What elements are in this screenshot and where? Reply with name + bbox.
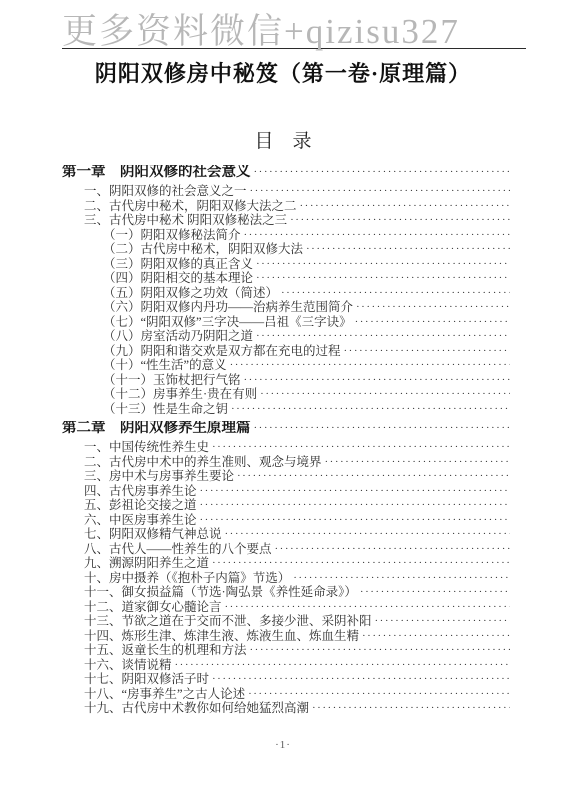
toc-item: 二、古代房中术中的养生准则、观念与境界·····················… (62, 455, 510, 470)
toc-item-text: 十七、阴阳双修活子时 (84, 672, 209, 687)
dot-leader: ········································… (200, 484, 510, 499)
watermark-text: 更多资料微信+qizisu327 (62, 12, 532, 52)
dot-leader: ········································… (250, 643, 510, 658)
toc-item: （十三）性是生命之钥······························… (62, 402, 510, 417)
dot-leader: ········································… (230, 358, 510, 373)
toc-item-text: （六）阴阳双修内丹功——治病养生范围简介 (103, 300, 353, 315)
toc-item-text: 十五、返童长生的机理和方法 (84, 643, 247, 658)
dot-leader: ········································… (300, 199, 510, 214)
page-number: ·1· (0, 739, 566, 751)
toc-item-text: 十、房中摄养（《抱朴子内篇》节选） (84, 571, 290, 586)
chapter-title: 第一章 阴阳双修的社会意义 (62, 165, 251, 180)
dot-leader: ········································… (281, 286, 510, 301)
dot-leader: ········································… (306, 242, 510, 257)
toc-item: 十七、阴阳双修活子时······························… (62, 672, 510, 687)
toc-item: 九、溯源阴阳养生之道······························… (62, 556, 510, 571)
toc-item-text: （十二）房事养生·贵在有则 (103, 387, 257, 402)
chapter-title: 第二章 阴阳双修养生原理篇 (62, 421, 251, 436)
toc-item: （七）“阴阳双修”三字决——吕祖《三字诀》···················… (62, 315, 510, 330)
dot-leader: ········································… (244, 373, 510, 388)
toc-item-text: （十三）性是生命之钥 (103, 402, 228, 417)
toc-item: （十一）玉饰杖把行气铭·····························… (62, 373, 510, 388)
toc-page: 更多资料微信+qizisu327 阴阳双修房中秘笈（第一卷·原理篇） 目 录 第… (0, 0, 566, 800)
toc-item: 十九、古代房中术教你如何给她猛烈高潮······················… (62, 701, 510, 716)
dot-leader: ········································… (225, 600, 510, 615)
toc-item: 十四、炼形生津、炼津生液、炼液生血、炼血生精··················… (62, 629, 510, 644)
toc-item: 十一、御女损益篇（节选·陶弘景《养性延命录》）·················… (62, 585, 510, 600)
dot-leader: ········································… (254, 421, 511, 436)
toc-item-text: 三、房中术与房事养生要论 (84, 469, 234, 484)
dot-leader: ········································… (275, 542, 510, 557)
dot-leader: ········································… (225, 527, 510, 542)
toc-item: 十三、节欲之道在于交而不泄、多接少泄、采阴补阳·················… (62, 614, 510, 629)
dot-leader: ········································… (248, 687, 510, 702)
dot-leader: ········································… (254, 165, 511, 180)
toc-item: 八、古代人——性养生的八个要点·························… (62, 542, 510, 557)
toc-item: 四、古代房事养生论·······························… (62, 484, 510, 499)
dot-leader: ········································… (356, 300, 510, 315)
toc-item-text: 十一、御女损益篇（节选·陶弘景《养性延命录》） (84, 585, 357, 600)
toc-item-text: 九、溯源阴阳养生之道 (84, 556, 209, 571)
dot-leader: ········································… (212, 556, 510, 571)
toc-item: （一）阴阳双修秘法简介·····························… (62, 228, 510, 243)
toc-item-text: 十四、炼形生津、炼津生液、炼液生血、炼血生精 (84, 629, 359, 644)
toc-item: 十八、“房事养生”之古人论述··························… (62, 687, 510, 702)
toc-item: （二）古代房中秘术，阴阳双修大法························… (62, 242, 510, 257)
dot-leader: ········································… (237, 469, 510, 484)
toc-item: 五、彭祖论交接之道·······························… (62, 498, 510, 513)
toc-item-text: （五）阴阳双修之功效（简述） (103, 286, 278, 301)
toc-item-text: （一）阴阳双修秘法简介 (103, 228, 241, 243)
toc-item: 十五、返童长生的机理和方法···························… (62, 643, 510, 658)
toc-item-text: 五、彭祖论交接之道 (84, 498, 197, 513)
toc-item-text: 一、中国传统性养生史 (84, 440, 209, 455)
dot-leader: ········································… (175, 658, 510, 673)
dot-leader: ········································… (290, 213, 510, 228)
toc-item: （三）阴阳双修的真正含义····························… (62, 257, 510, 272)
toc-item: （八）房室活动乃阴阳之道····························… (62, 329, 510, 344)
toc-item-text: 七、阴阳双修精气神总说 (84, 527, 222, 542)
toc-item: （四）阴阳相交的基本理论····························… (62, 271, 510, 286)
toc-item-text: （十）“性生活”的意义 (103, 358, 227, 373)
dot-leader: ········································… (256, 257, 510, 272)
toc-item: 七、阴阳双修精气神总说·····························… (62, 527, 510, 542)
toc-item: （十）“性生活”的意义·····························… (62, 358, 510, 373)
dot-leader: ········································… (212, 440, 510, 455)
toc-item-text: 八、古代人——性养生的八个要点 (84, 542, 272, 557)
dot-leader: ········································… (212, 672, 510, 687)
dot-leader: ········································… (325, 455, 510, 470)
toc-item: 十二、道家御女心髓论言·····························… (62, 600, 510, 615)
book-title: 阴阳双修房中秘笈（第一卷·原理篇） (0, 57, 566, 88)
toc-item: 十六、谈情说精·································… (62, 658, 510, 673)
toc-item-text: 十三、节欲之道在于交而不泄、多接少泄、采阴补阳 (84, 614, 372, 629)
dot-leader: ········································… (200, 513, 510, 528)
toc-item-text: （八）房室活动乃阴阳之道 (103, 329, 253, 344)
toc-item: （五）阴阳双修之功效（简述）··························… (62, 286, 510, 301)
toc-item-text: （四）阴阳相交的基本理论 (103, 271, 253, 286)
dot-leader: ········································… (256, 271, 510, 286)
dot-leader: ········································… (293, 571, 510, 586)
dot-leader: ········································… (260, 387, 510, 402)
dot-leader: ········································… (256, 329, 510, 344)
toc-item: （十二）房事养生·贵在有则···························… (62, 387, 510, 402)
toc-item: 十、房中摄养（《抱朴子内篇》节选）·······················… (62, 571, 510, 586)
toc-item-text: 十二、道家御女心髓论言 (84, 600, 222, 615)
dot-leader: ········································… (200, 498, 510, 513)
toc-item: 三、古代房中秘术 阴阳双修秘法之三·······················… (62, 213, 510, 228)
toc-item-text: 四、古代房事养生论 (84, 484, 197, 499)
toc-item: 三、房中术与房事养生要论····························… (62, 469, 510, 484)
chapter-heading: 第一章 阴阳双修的社会意义···························… (62, 165, 510, 180)
dot-leader: ········································… (362, 629, 510, 644)
toc-item-text: 二、古代房中秘术，阴阳双修大法之二 (84, 199, 297, 214)
toc-item-text: （三）阴阳双修的真正含义 (103, 257, 253, 272)
toc-list: 第一章 阴阳双修的社会意义···························… (62, 160, 510, 716)
dot-leader: ········································… (360, 585, 510, 600)
toc-heading: 目 录 (0, 126, 566, 153)
dot-leader: ········································… (231, 402, 510, 417)
toc-item: （九）阴阳和谐交欢是双方都在充电的过程·····················… (62, 344, 510, 359)
toc-item-text: 十八、“房事养生”之古人论述 (84, 687, 245, 702)
toc-item-text: 十九、古代房中术教你如何给她猛烈高潮 (84, 701, 309, 716)
toc-item: （六）阴阳双修内丹功——治病养生范围简介····················… (62, 300, 510, 315)
toc-item: 二、古代房中秘术，阴阳双修大法之二·······················… (62, 199, 510, 214)
toc-item-text: （七）“阴阳双修”三字决——吕祖《三字诀》 (103, 315, 352, 330)
dot-leader: ········································… (244, 228, 510, 243)
toc-item-text: 十六、谈情说精 (84, 658, 172, 673)
chapter-heading: 第二章 阴阳双修养生原理篇···························… (62, 421, 510, 436)
toc-item-text: （九）阴阳和谐交欢是双方都在充电的过程 (103, 344, 341, 359)
toc-item-text: 二、古代房中术中的养生准则、观念与境界 (84, 455, 322, 470)
dot-leader: ········································… (355, 315, 510, 330)
toc-item-text: 三、古代房中秘术 阴阳双修秘法之三 (84, 213, 287, 228)
toc-item: 一、阴阳双修的社会意义之一···························… (62, 184, 510, 199)
toc-item-text: 六、中医房事养生论 (84, 513, 197, 528)
dot-leader: ········································… (250, 184, 510, 199)
toc-item: 六、中医房事养生论·······························… (62, 513, 510, 528)
dot-leader: ········································… (344, 344, 510, 359)
dot-leader: ········································… (312, 701, 510, 716)
toc-item-text: （二）古代房中秘术，阴阳双修大法 (103, 242, 303, 257)
dot-leader: ········································… (375, 614, 510, 629)
toc-item-text: （十一）玉饰杖把行气铭 (103, 373, 241, 388)
toc-item: 一、中国传统性养生史······························… (62, 440, 510, 455)
toc-item-text: 一、阴阳双修的社会意义之一 (84, 184, 247, 199)
